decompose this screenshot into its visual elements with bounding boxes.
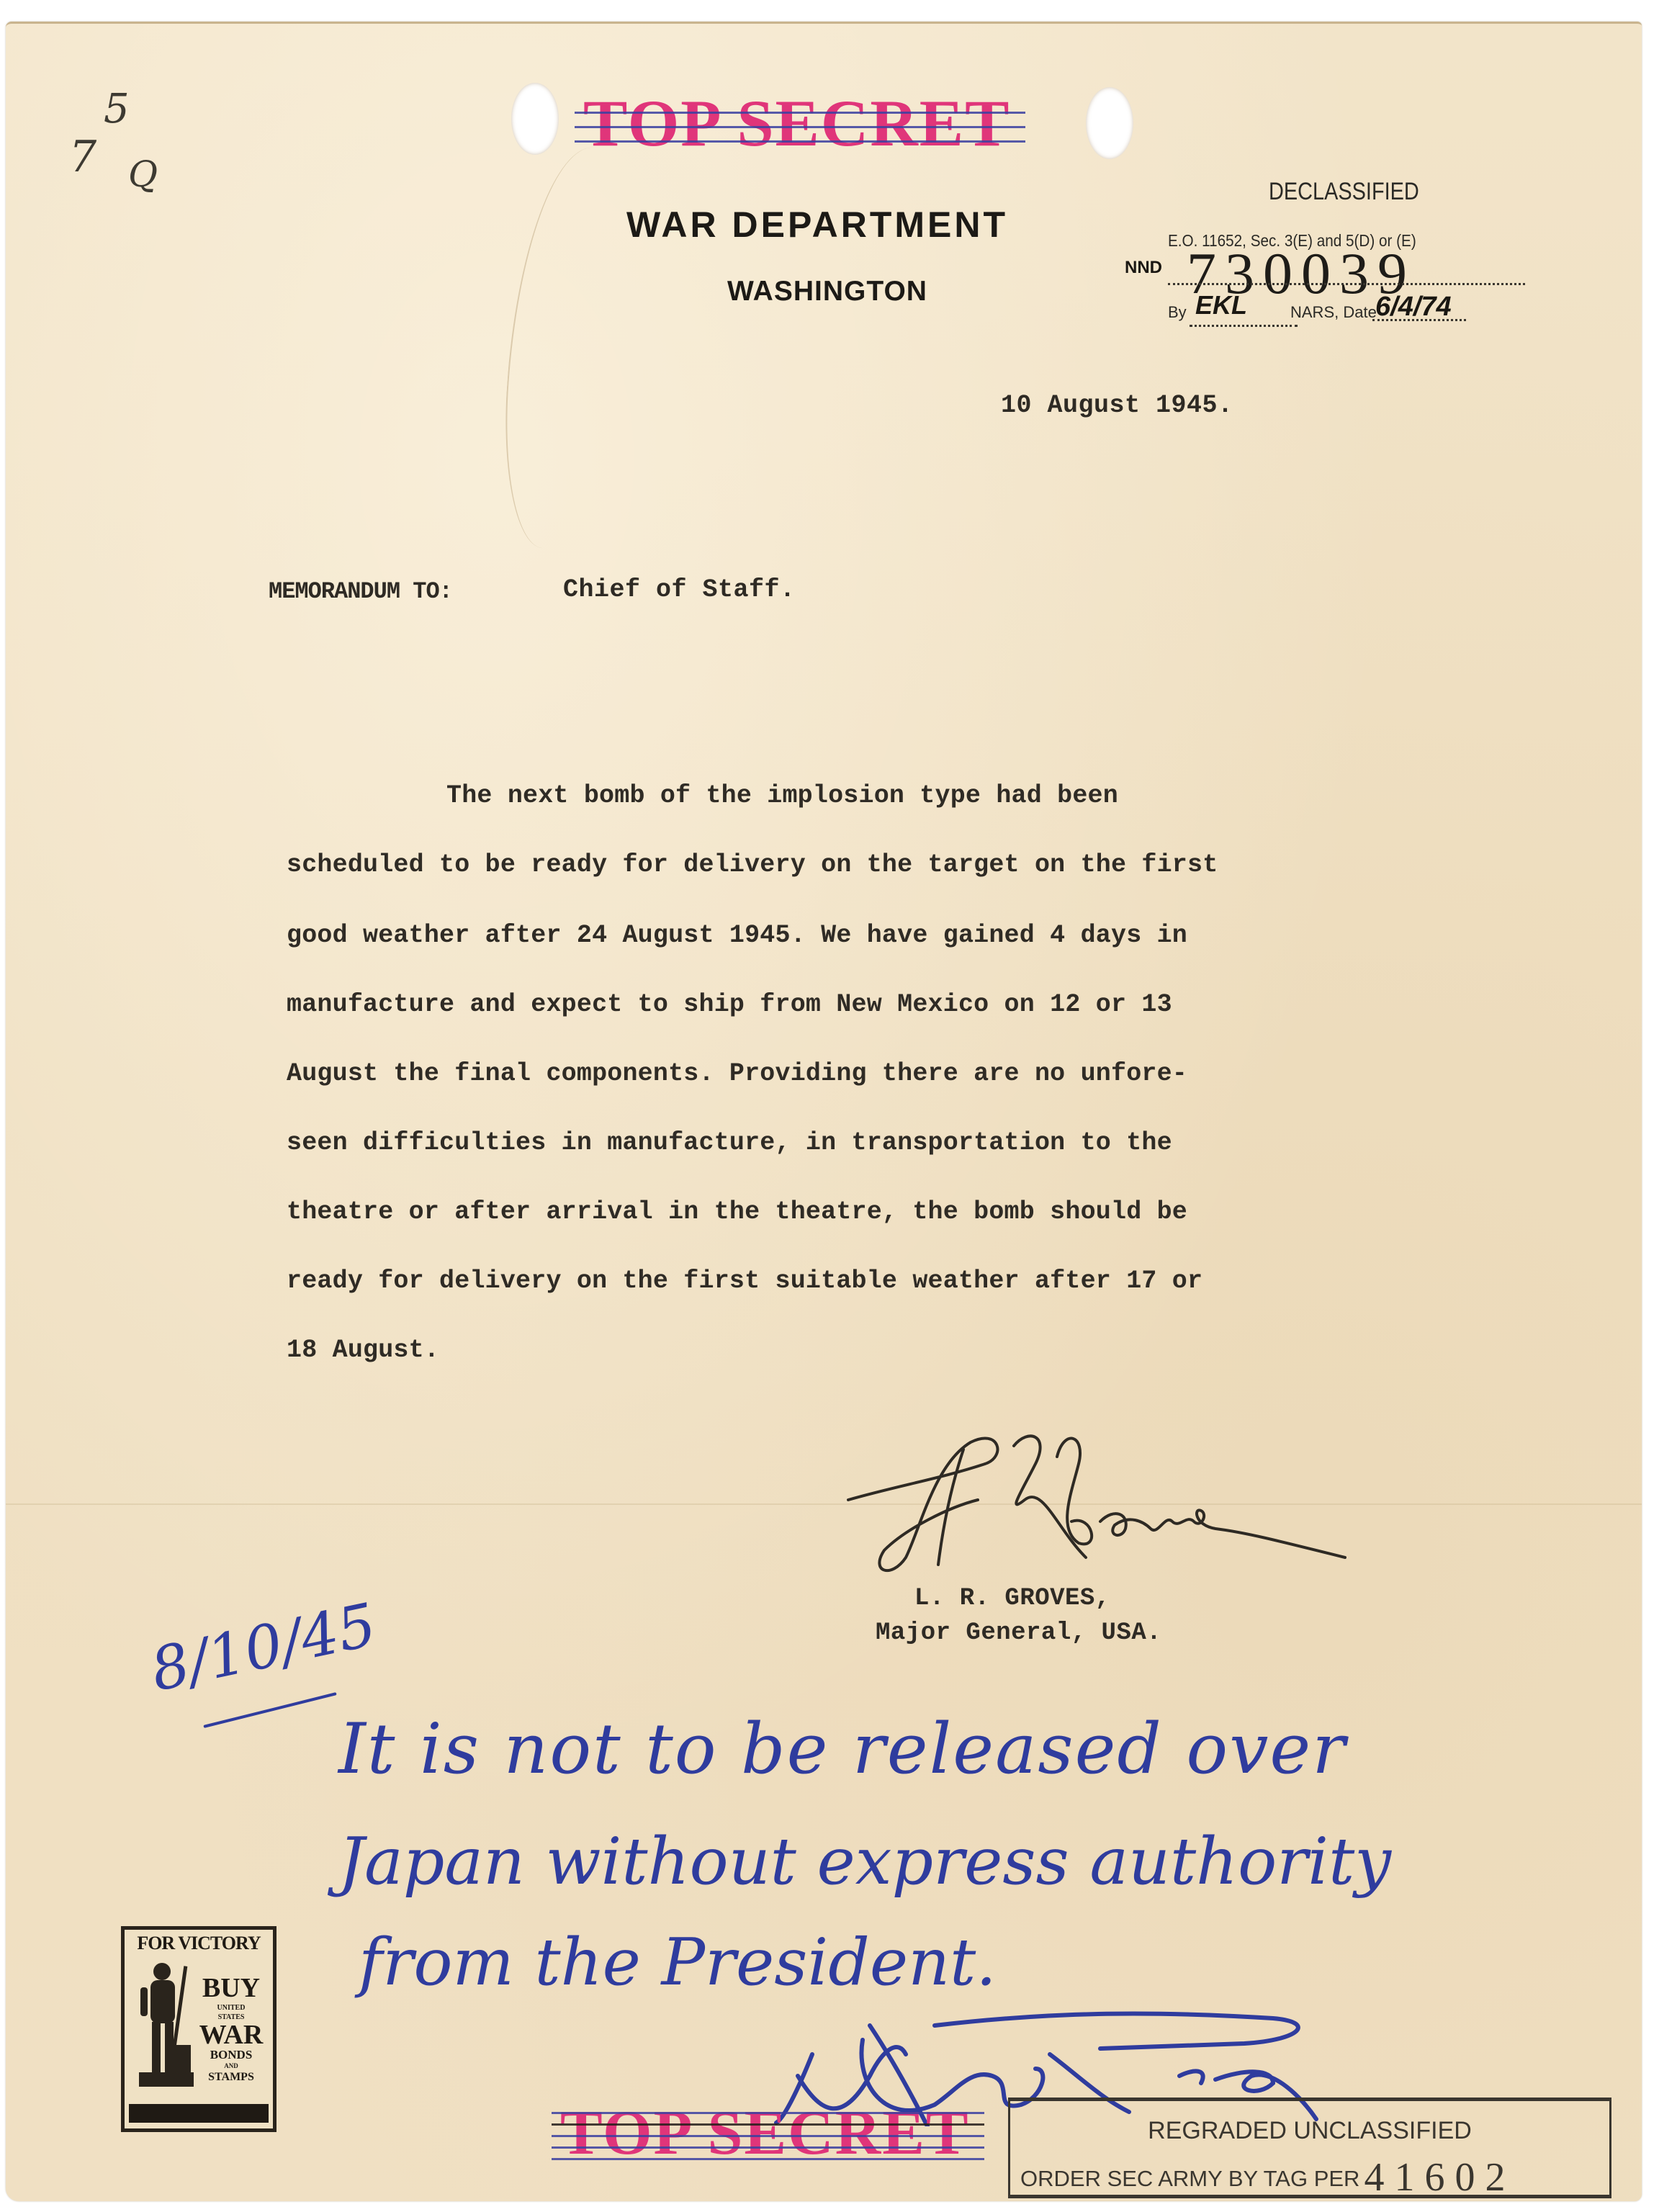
bond-war: WAR <box>195 2021 267 2049</box>
bond-united: UNITED <box>195 2005 267 2012</box>
regraded-number: 41602 <box>1364 2155 1515 2200</box>
top-secret-stamp-top: TOP SECRET <box>583 90 1011 156</box>
body-line: scheduled to be ready for delivery on th… <box>287 850 1218 879</box>
bond-and: AND <box>195 2063 267 2069</box>
department-heading: WAR DEPARTMENT <box>626 204 1008 246</box>
body-line: seen difficulties in manufacture, in tra… <box>287 1128 1172 1157</box>
signer-name: L. R. GROVES, <box>914 1585 1110 1612</box>
bond-bonds: BONDS <box>195 2049 267 2061</box>
declassified-date: 6/4/74 <box>1375 292 1452 323</box>
body-line: good weather after 24 August 1945. We ha… <box>287 921 1187 950</box>
regraded-order: ORDER SEC ARMY BY TAG PER <box>1020 2166 1359 2191</box>
by-initials: EKL <box>1195 290 1247 320</box>
top-secret-label: TOP SECRET <box>583 86 1011 160</box>
pencil-mark-letter: Q <box>128 153 158 195</box>
body-line: theatre or after arrival in the theatre,… <box>287 1197 1187 1226</box>
body-line: August the final components. Providing t… <box>287 1059 1187 1088</box>
punch-hole-right <box>1086 87 1133 159</box>
handwritten-note-line: It is not to be released over <box>338 1709 1346 1789</box>
body-line: manufacture and expect to ship from New … <box>287 990 1172 1019</box>
handwritten-date-underline <box>203 1692 336 1728</box>
memo-to-recipient: Chief of Staff. <box>563 575 796 604</box>
war-bonds-stamp: FOR VICTORY BUY UNITED STATES WAR BONDS … <box>121 1926 276 2132</box>
regraded-order-line: ORDER SEC ARMY BY TAG PER41602 <box>1020 2154 1515 2200</box>
top-secret-stamp-bottom: TOP SECRET <box>560 2102 970 2165</box>
body-line: ready for delivery on the first suitable… <box>287 1267 1202 1295</box>
strike-line-icon <box>575 112 1025 114</box>
memo-date: 10 August 1945. <box>1001 391 1233 420</box>
memo-to-label: MEMORANDUM TO: <box>269 578 452 605</box>
signer-title: Major General, USA. <box>876 1619 1161 1647</box>
strike-line-icon <box>552 2135 984 2137</box>
nnd-prefix: NND <box>1125 258 1162 278</box>
nars-date-label: NARS, Date <box>1290 303 1377 322</box>
paper-fold-line <box>6 1503 1642 1505</box>
by-label: By <box>1168 303 1187 322</box>
city-heading: WASHINGTON <box>727 276 927 307</box>
handwritten-note-line: Japan without express authority <box>338 1824 1391 1899</box>
dotted-rule <box>1372 319 1466 321</box>
paper-crease <box>496 143 641 553</box>
pencil-mark-superscript: 5 <box>104 86 130 132</box>
declassified-stamp: DECLASSIFIED E.O. 11652, Sec. 3(E) and 5… <box>1107 168 1554 319</box>
strike-line-icon <box>552 2158 984 2160</box>
dotted-rule <box>1168 283 1525 285</box>
minuteman-figure-icon <box>132 1959 197 2095</box>
dotted-rule <box>1190 325 1298 327</box>
body-line: 18 August. <box>287 1336 439 1364</box>
strike-line-icon <box>552 2146 984 2149</box>
punch-hole-left <box>511 83 559 155</box>
regraded-title: REGRADED UNCLASSIFIED <box>1010 2117 1609 2145</box>
strike-line-icon <box>575 140 1025 143</box>
bond-buy: BUY <box>195 1974 267 2002</box>
body-line: The next bomb of the implosion type had … <box>446 781 1118 810</box>
strike-line-icon <box>552 2123 984 2126</box>
bond-stamps: STAMPS <box>195 2072 267 2083</box>
declassified-title: DECLASSIFIED <box>1269 178 1419 206</box>
bond-base-bar <box>129 2104 269 2123</box>
strike-line-icon <box>575 126 1025 128</box>
regraded-unclassified-stamp: REGRADED UNCLASSIFIED ORDER SEC ARMY BY … <box>1008 2098 1611 2198</box>
bond-for-victory: FOR VICTORY <box>127 1933 270 1954</box>
pencil-mark-number: 7 <box>69 132 96 182</box>
memo-paper: 7 5 Q TOP SECRET WAR DEPARTMENT WASHINGT… <box>6 22 1642 2201</box>
strike-line-icon <box>552 2112 984 2114</box>
bond-text-block: BUY UNITED STATES WAR BONDS AND STAMPS <box>195 1974 267 2083</box>
handwritten-date: 8/10/45 <box>145 1591 382 1705</box>
